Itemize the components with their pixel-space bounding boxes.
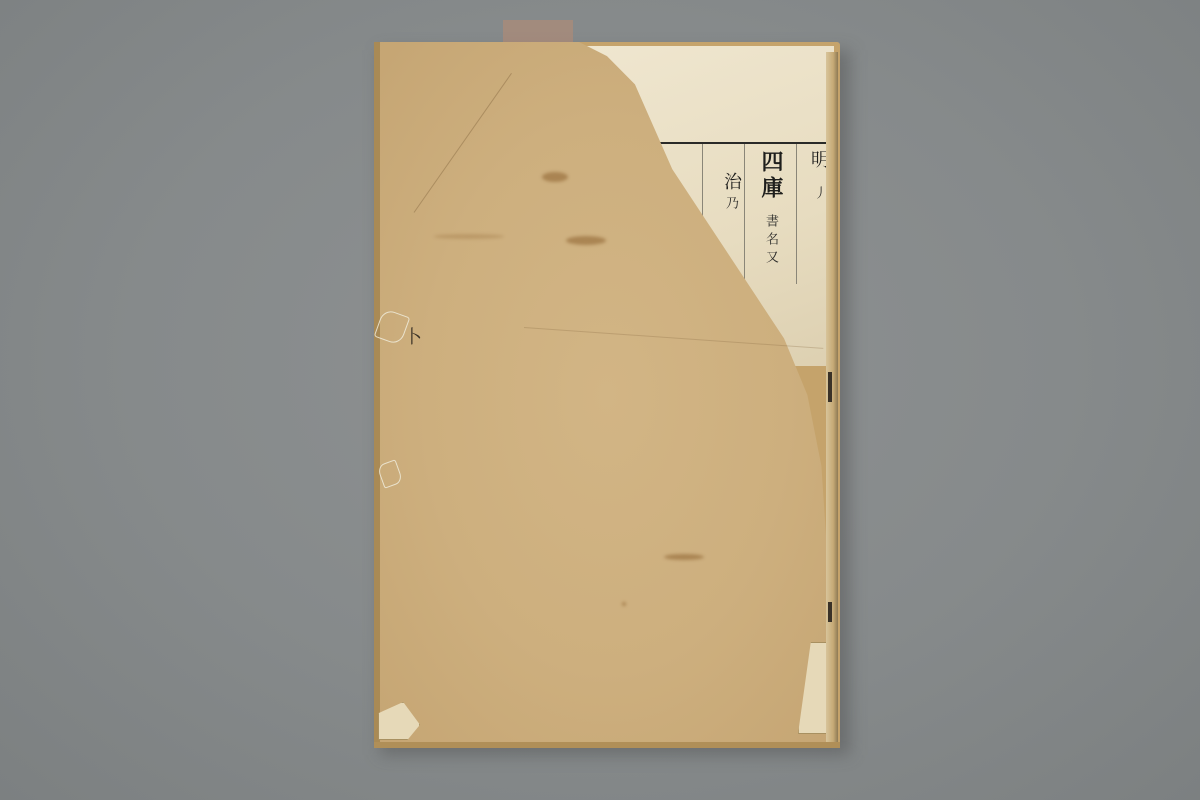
stain xyxy=(664,554,704,560)
stain xyxy=(622,602,626,606)
inner-char-right-margin: 明 xyxy=(809,150,827,168)
inner-char-ku: 庫 xyxy=(760,176,782,198)
book-bottom-edge xyxy=(374,742,840,748)
spine-edge xyxy=(374,42,380,748)
page-frame-top xyxy=(644,142,832,144)
spine-mark: 卜 xyxy=(402,327,420,345)
stain xyxy=(434,234,504,239)
inner-char-lower-2: 名 xyxy=(764,232,777,245)
stain xyxy=(566,236,606,245)
inner-char-si: 四 xyxy=(760,150,782,172)
photo-scene: 四 庫 治 乃 書 名 又 明 丿 卜 xyxy=(0,0,1200,800)
inner-char-right-stroke: 丿 xyxy=(812,186,825,199)
stain xyxy=(542,172,568,182)
inner-char-lower-1: 書 xyxy=(764,214,777,227)
edge-wear xyxy=(828,602,832,622)
inner-char-zhi: 治 xyxy=(722,172,740,190)
inner-char-nai: 乃 xyxy=(724,196,737,209)
inner-char-lower-3: 又 xyxy=(764,250,777,263)
column-rule xyxy=(744,144,745,284)
edge-wear xyxy=(828,372,832,402)
column-rule xyxy=(796,144,797,284)
antique-book: 四 庫 治 乃 書 名 又 明 丿 卜 xyxy=(374,42,840,748)
